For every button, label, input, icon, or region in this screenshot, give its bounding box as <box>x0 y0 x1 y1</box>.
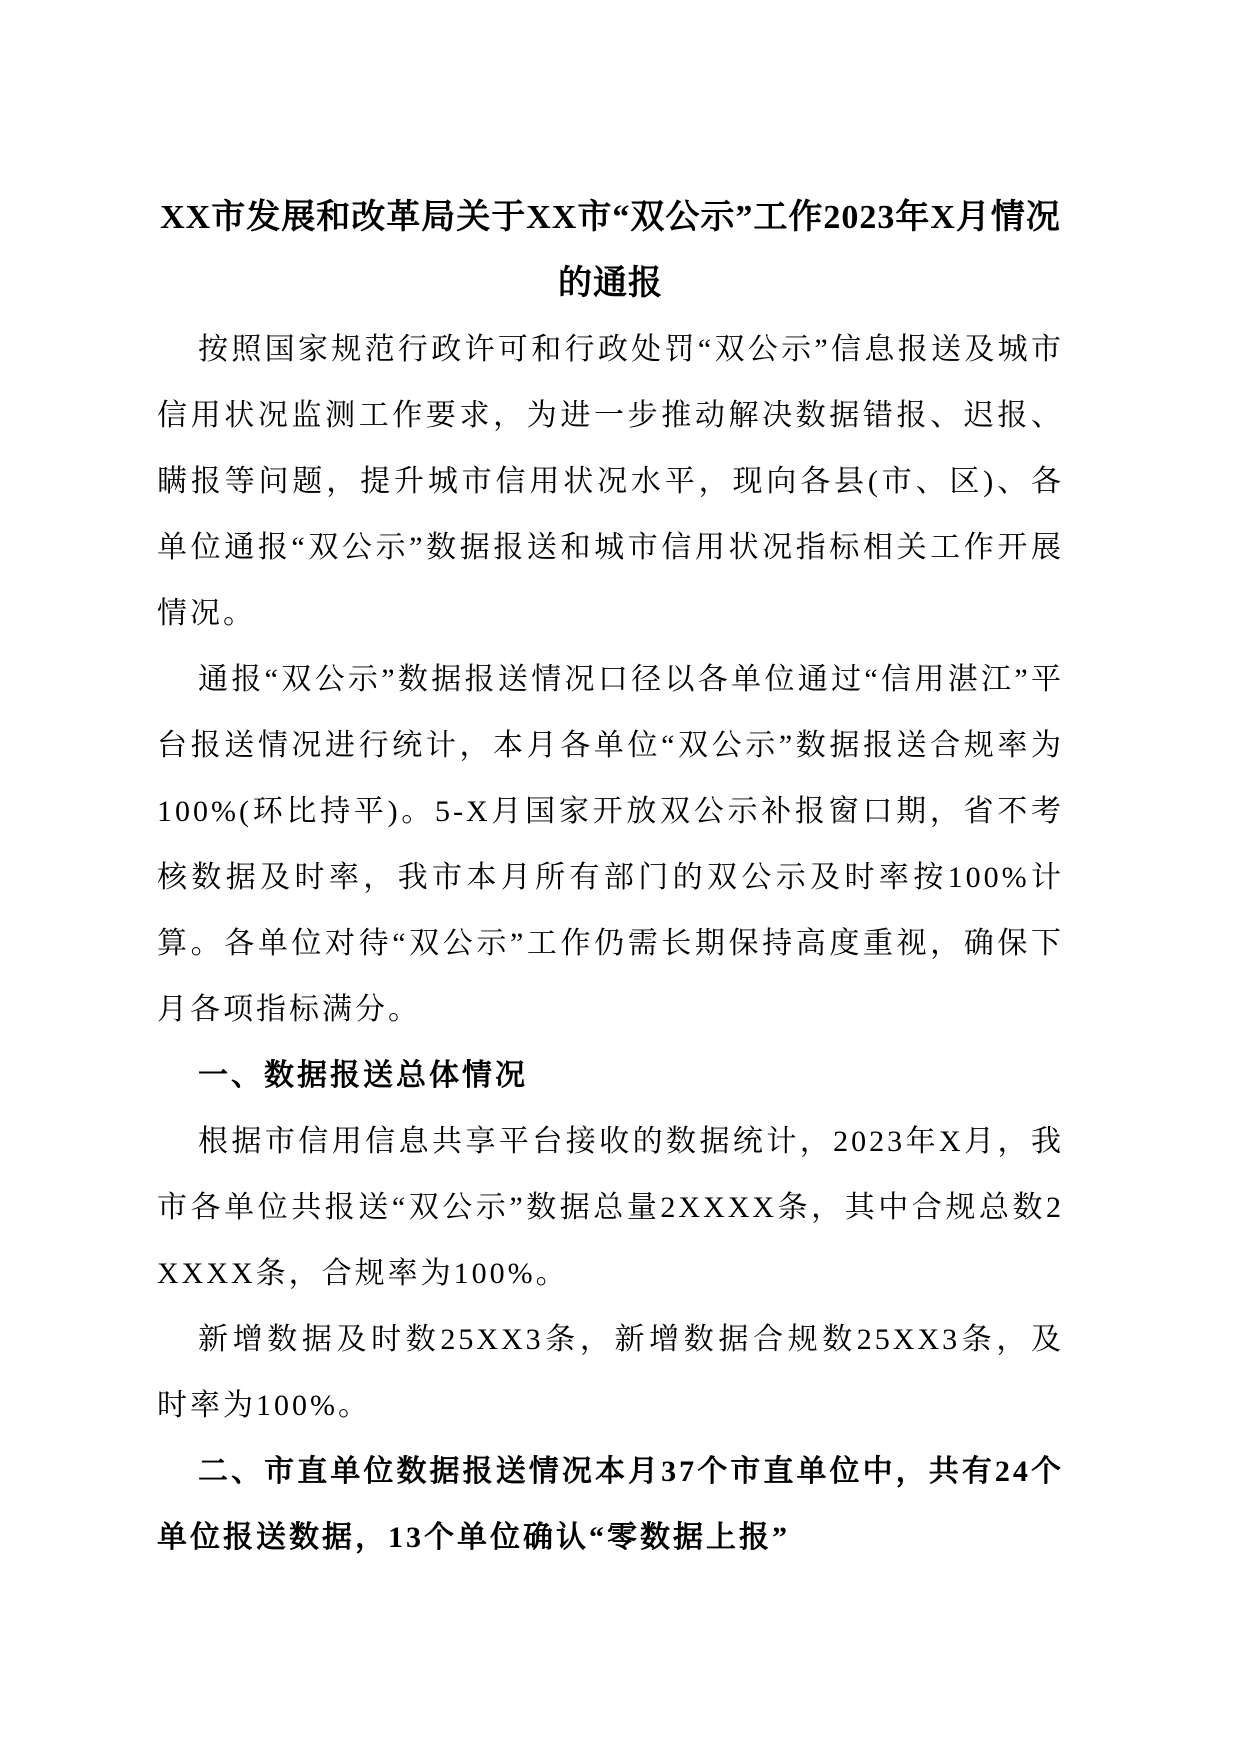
document-page: XX市发展和改革局关于XX市“双公示”工作2023年X月情况的通报 按照国家规范… <box>0 0 1240 1754</box>
paragraph-intro: 按照国家规范行政许可和行政处罚“双公示”信息报送及城市信用状况监测工作要求，为进… <box>157 317 1064 647</box>
paragraph-total-data: 根据市信用信息共享平台接收的数据统计，2023年X月，我市各单位共报送“双公示”… <box>157 1109 1064 1307</box>
section-heading-2: 二、市直单位数据报送情况本月37个市直单位中，共有24个单位报送数据，13个单位… <box>157 1439 1064 1571</box>
paragraph-new-data: 新增数据及时数25XX3条，新增数据合规数25XX3条，及时率为100%。 <box>157 1307 1064 1439</box>
section-heading-1: 一、数据报送总体情况 <box>157 1043 1064 1109</box>
doc-title: XX市发展和改革局关于XX市“双公示”工作2023年X月情况的通报 <box>157 185 1064 317</box>
paragraph-reporting-overview: 通报“双公示”数据报送情况口径以各单位通过“信用湛江”平台报送情况进行统计，本月… <box>157 647 1064 1043</box>
